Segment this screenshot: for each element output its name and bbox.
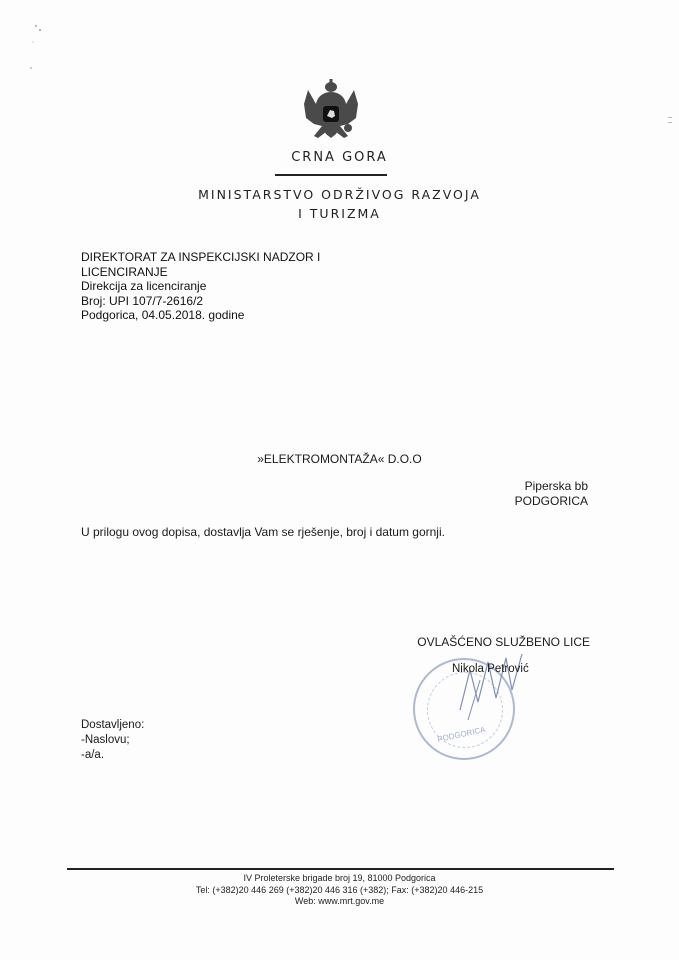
signatory-name: Nikola Petrović — [452, 663, 529, 675]
footer-address: IV Proleterske brigade broj 19, 81000 Po… — [0, 873, 679, 885]
ministry-line-2: I TURIZMA — [0, 204, 679, 223]
recipient-address: Piperska bb PODGORICA — [515, 479, 588, 509]
recipient-street: Piperska bb — [515, 479, 588, 494]
directorate-line-1: DIREKTORAT ZA INSPEKCIJSKI NADZOR I — [81, 250, 320, 265]
reference-number: Broj: UPI 107/7-2616/2 — [81, 294, 320, 309]
footer: IV Proleterske brigade broj 19, 81000 Po… — [0, 873, 679, 908]
coat-of-arms-icon — [300, 78, 362, 148]
footer-phones: Tel: (+382)20 446 269 (+382)20 446 316 (… — [0, 885, 679, 897]
ministry-line-1: MINISTARSTVO ODRŽIVOG RAZVOJA — [0, 185, 679, 204]
handwritten-signature — [440, 640, 550, 730]
country-heading: CRNA GORA — [0, 150, 679, 165]
delivery-item: -Naslovu; — [81, 733, 144, 748]
ministry-heading: MINISTARSTVO ODRŽIVOG RAZVOJA I TURIZMA — [0, 185, 679, 223]
body-text: U prilogu ovog dopisa, dostavlja Vam se … — [81, 525, 445, 539]
footer-web: Web: www.mrt.gov.me — [0, 896, 679, 908]
place-date: Podgorica, 04.05.2018. godine — [81, 308, 320, 323]
delivery-heading: Dostavljeno: — [81, 718, 144, 733]
recipient-city: PODGORICA — [515, 494, 588, 509]
header-divider — [275, 174, 387, 176]
delivery-list: Dostavljeno: -Naslovu; -a/a. — [81, 718, 144, 763]
directorate-line-2: LICENCIRANJE — [81, 265, 320, 280]
scan-speck-marks-right — [665, 112, 675, 132]
delivery-item: -a/a. — [81, 748, 144, 763]
directorate-sub: Direkcija za licenciranje — [81, 279, 320, 294]
footer-divider — [67, 868, 614, 870]
sender-block: DIREKTORAT ZA INSPEKCIJSKI NADZOR I LICE… — [81, 250, 320, 323]
scan-speck-marks — [22, 20, 42, 80]
document-page: CRNA GORA MINISTARSTVO ODRŽIVOG RAZVOJA … — [0, 0, 679, 960]
recipient-name: »ELEKTROMONTAŽA« D.O.O — [0, 452, 679, 466]
